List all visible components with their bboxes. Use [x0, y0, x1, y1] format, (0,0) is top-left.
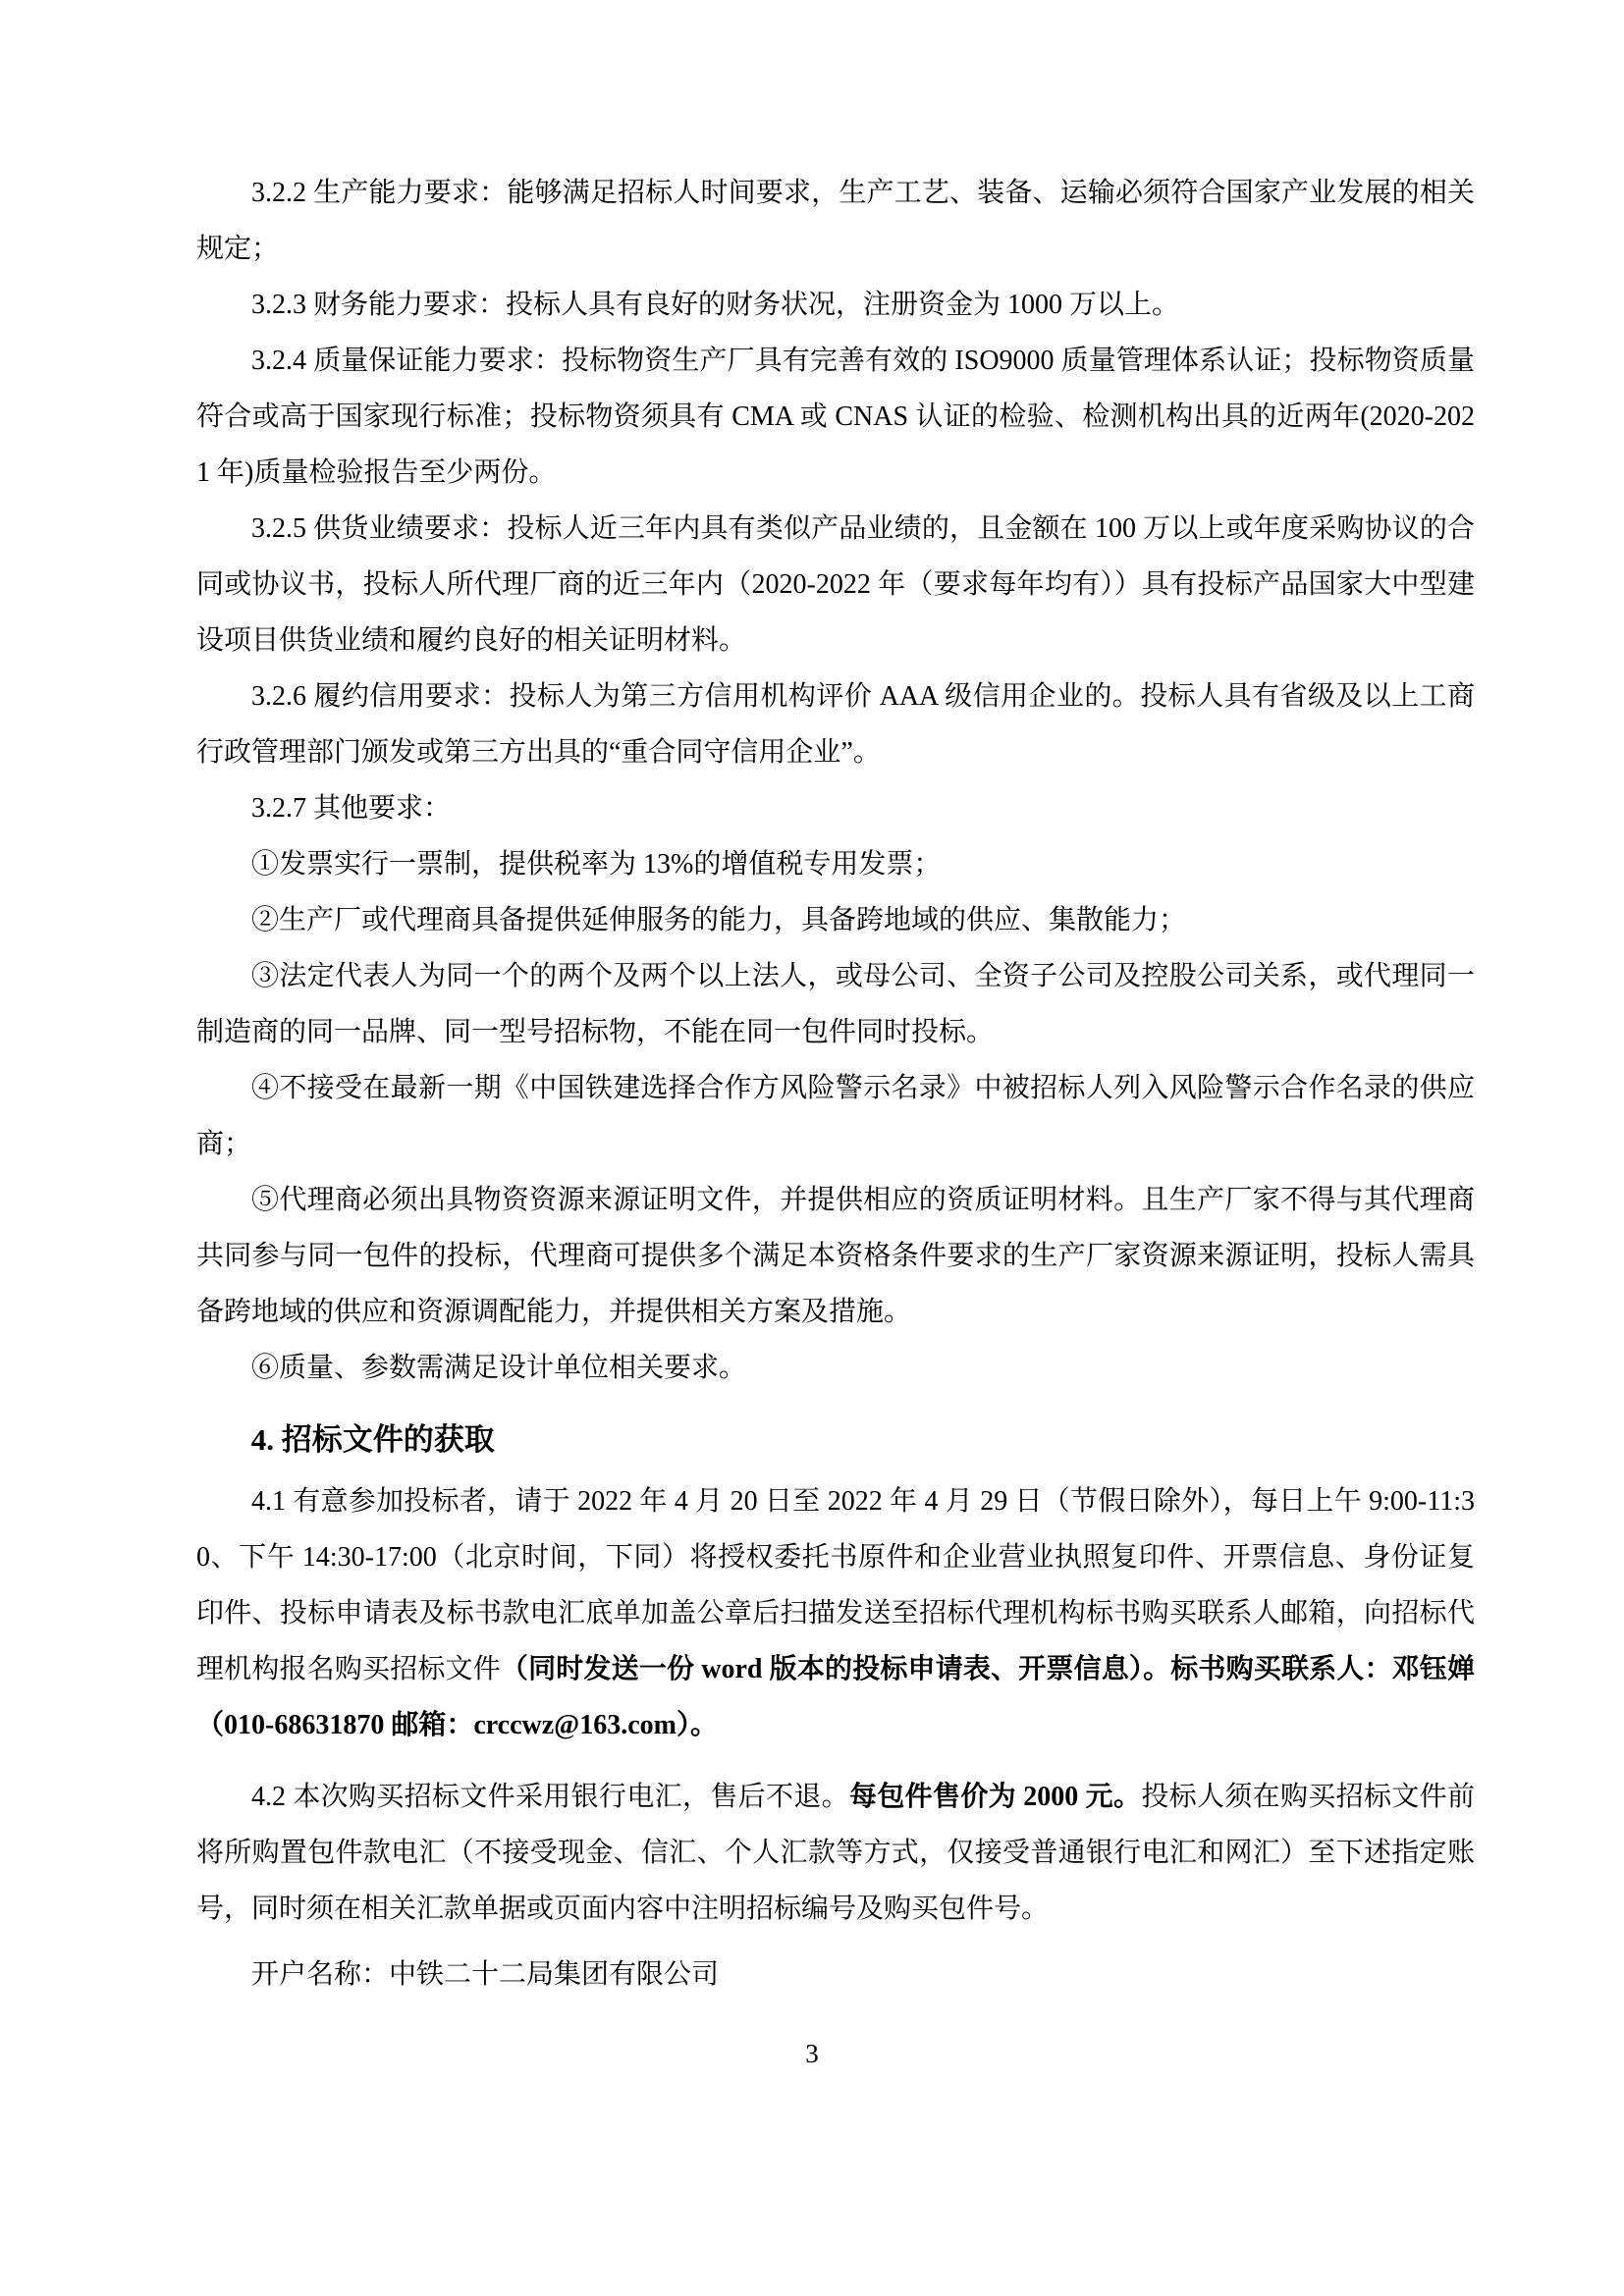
paragraph-3-2-5: 3.2.5 供货业绩要求：投标人近三年内具有类似产品业绩的，且金额在 100 万…	[196, 501, 1475, 668]
list-item-2: ②生产厂或代理商具备提供延伸服务的能力，具备跨地域的供应、集散能力；	[196, 892, 1475, 948]
list-item-5: ⑤代理商必须出具物资资源来源证明文件，并提供相应的资质证明材料。且生产厂家不得与…	[196, 1172, 1475, 1340]
paragraph-3-2-7-text: 3.2.7 其他要求：	[251, 793, 451, 824]
paragraph-4-2: 4.2 本次购买招标文件采用银行电汇，售后不退。每包件售价为 2000 元。投标…	[196, 1769, 1475, 1937]
list-item-4-text: ④不接受在最新一期《中国铁建选择合作方风险警示名录》中被招标人列入风险警示合作名…	[196, 1073, 1475, 1159]
list-item-5-text: ⑤代理商必须出具物资资源来源证明文件，并提供相应的资质证明材料。且生产厂家不得与…	[196, 1185, 1475, 1327]
list-item-3-text: ③法定代表人为同一个的两个及两个以上法人，或母公司、全资子公司及控股公司关系，或…	[196, 961, 1475, 1047]
paragraph-3-2-3: 3.2.3 财务能力要求：投标人具有良好的财务状况，注册资金为 1000 万以上…	[196, 277, 1475, 333]
list-item-4: ④不接受在最新一期《中国铁建选择合作方风险警示名录》中被招标人列入风险警示合作名…	[196, 1060, 1475, 1172]
document-body: 3.2.2 生产能力要求：能够满足招标人时间要求，生产工艺、装备、运输必须符合国…	[196, 165, 1475, 2002]
section-4-heading: 4. 招标文件的获取	[196, 1412, 1475, 1468]
paragraph-3-2-7: 3.2.7 其他要求：	[196, 780, 1475, 836]
paragraph-3-2-5-text: 3.2.5 供货业绩要求：投标人近三年内具有类似产品业绩的，且金额在 100 万…	[196, 513, 1475, 656]
paragraph-4-1: 4.1 有意参加投标者，请于 2022 年 4 月 20 日至 2022 年 4…	[196, 1473, 1475, 1753]
list-item-2-text: ②生产厂或代理商具备提供延伸服务的能力，具备跨地域的供应、集散能力；	[251, 905, 1186, 935]
paragraph-3-2-3-text: 3.2.3 财务能力要求：投标人具有良好的财务状况，注册资金为 1000 万以上…	[251, 290, 1179, 320]
paragraph-3-2-6: 3.2.6 履约信用要求：投标人为第三方信用机构评价 AAA 级信用企业的。投标…	[196, 668, 1475, 780]
page-number: 3	[0, 2034, 1624, 2073]
account-name-text: 开户名称：中铁二十二局集团有限公司	[251, 1959, 719, 1990]
paragraph-3-2-2-text: 3.2.2 生产能力要求：能够满足招标人时间要求，生产工艺、装备、运输必须符合国…	[196, 178, 1475, 264]
page-number-text: 3	[805, 2039, 819, 2068]
list-item-6-text: ⑥质量、参数需满足设计单位相关要求。	[251, 1353, 746, 1383]
list-item-1-text: ①发票实行一票制，提供税率为 13%的增值税专用发票；	[251, 849, 941, 880]
paragraph-4-2-lead: 4.2 本次购买招标文件采用银行电汇，售后不退。	[251, 1782, 849, 1812]
paragraph-3-2-4: 3.2.4 质量保证能力要求：投标物资生产厂具有完善有效的 ISO9000 质量…	[196, 333, 1475, 501]
list-item-6: ⑥质量、参数需满足设计单位相关要求。	[196, 1340, 1475, 1396]
paragraph-3-2-2: 3.2.2 生产能力要求：能够满足招标人时间要求，生产工艺、装备、运输必须符合国…	[196, 165, 1475, 277]
list-item-1: ①发票实行一票制，提供税率为 13%的增值税专用发票；	[196, 836, 1475, 892]
paragraph-3-2-4-text: 3.2.4 质量保证能力要求：投标物资生产厂具有完善有效的 ISO9000 质量…	[196, 346, 1475, 488]
section-4-heading-text: 4. 招标文件的获取	[251, 1422, 495, 1457]
list-item-3: ③法定代表人为同一个的两个及两个以上法人，或母公司、全资子公司及控股公司关系，或…	[196, 948, 1475, 1060]
document-page: 3.2.2 生产能力要求：能够满足招标人时间要求，生产工艺、装备、运输必须符合国…	[0, 0, 1624, 2296]
account-name-line: 开户名称：中铁二十二局集团有限公司	[196, 1947, 1475, 2002]
paragraph-4-2-price-bold: 每包件售价为 2000 元。	[849, 1782, 1141, 1812]
paragraph-3-2-6-text: 3.2.6 履约信用要求：投标人为第三方信用机构评价 AAA 级信用企业的。投标…	[196, 681, 1475, 768]
